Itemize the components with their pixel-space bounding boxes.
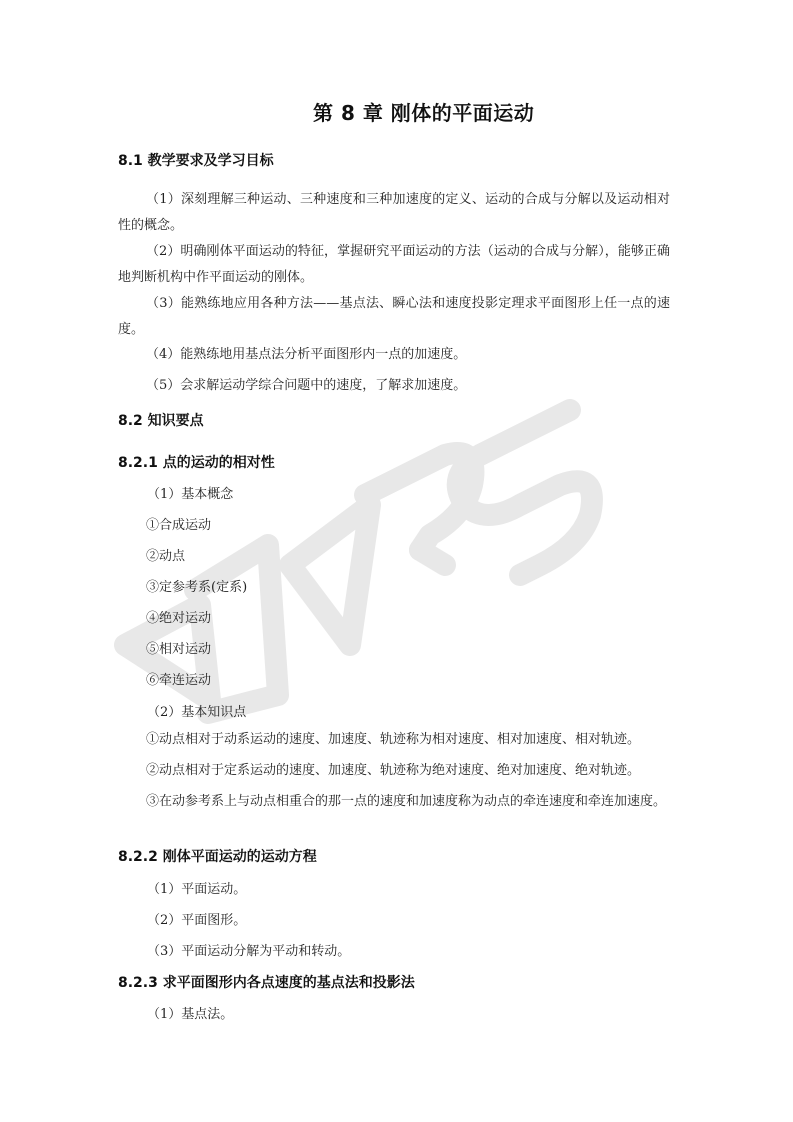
concept-item-2: ②动点 xyxy=(146,545,185,564)
subheading-basic-concepts: （1）基本概念 xyxy=(147,483,233,502)
knowledge-point-3: ③在动参考系上与动点相重合的那一点的速度和加速度称为动点的牵连速度和牵连加速度。 xyxy=(118,789,670,815)
section-heading-8-2: 8.2 知识要点 xyxy=(118,410,204,430)
subheading-basic-knowledge: （2）基本知识点 xyxy=(147,701,246,720)
section-heading-8-2-2: 8.2.2 刚体平面运动的运动方程 xyxy=(118,846,317,866)
section-heading-8-2-3: 8.2.3 求平面图形内各点速度的基点法和投影法 xyxy=(118,972,415,992)
objective-item-4: （4）能熟练地用基点法分析平面图形内一点的加速度。 xyxy=(118,342,670,368)
objective-item-3: （3）能熟练地应用各种方法——基点法、瞬心法和速度投影定理求平面图形上任一点的速… xyxy=(118,291,670,343)
knowledge-point-2: ②动点相对于定系运动的速度、加速度、轨迹称为绝对速度、绝对加速度、绝对轨迹。 xyxy=(118,758,670,784)
concept-item-4: ④绝对运动 xyxy=(146,607,211,626)
objective-item-5: （5）会求解运动学综合问题中的速度，了解求加速度。 xyxy=(118,373,670,399)
concept-item-1: ①合成运动 xyxy=(146,514,211,533)
section-heading-8-1: 8.1 教学要求及学习目标 xyxy=(118,150,274,170)
objective-item-1: （1）深刻理解三种运动、三种速度和三种加速度的定义、运动的合成与分解以及运动相对… xyxy=(118,187,670,239)
concept-item-5: ⑤相对运动 xyxy=(146,638,211,657)
chapter-title: 第 8 章 刚体的平面运动 xyxy=(313,97,534,126)
motion-eq-item-1: （1）平面运动。 xyxy=(147,878,246,897)
concept-item-6: ⑥牵连运动 xyxy=(146,669,211,688)
velocity-method-item-1: （1）基点法。 xyxy=(147,1003,233,1022)
knowledge-point-1: ①动点相对于动系运动的速度、加速度、轨迹称为相对速度、相对加速度、相对轨迹。 xyxy=(118,727,670,753)
concept-item-3: ③定参考系(定系) xyxy=(146,576,247,595)
motion-eq-item-2: （2）平面图形。 xyxy=(147,909,246,928)
document-page: 第 8 章 刚体的平面运动 8.1 教学要求及学习目标 （1）深刻理解三种运动、… xyxy=(0,0,793,1122)
motion-eq-item-3: （3）平面运动分解为平动和转动。 xyxy=(147,940,350,959)
section-heading-8-2-1: 8.2.1 点的运动的相对性 xyxy=(118,452,275,472)
objective-item-2: （2）明确刚体平面运动的特征，掌握研究平面运动的方法（运动的合成与分解），能够正… xyxy=(118,239,670,291)
document-content: 第 8 章 刚体的平面运动 8.1 教学要求及学习目标 （1）深刻理解三种运动、… xyxy=(0,0,793,1122)
